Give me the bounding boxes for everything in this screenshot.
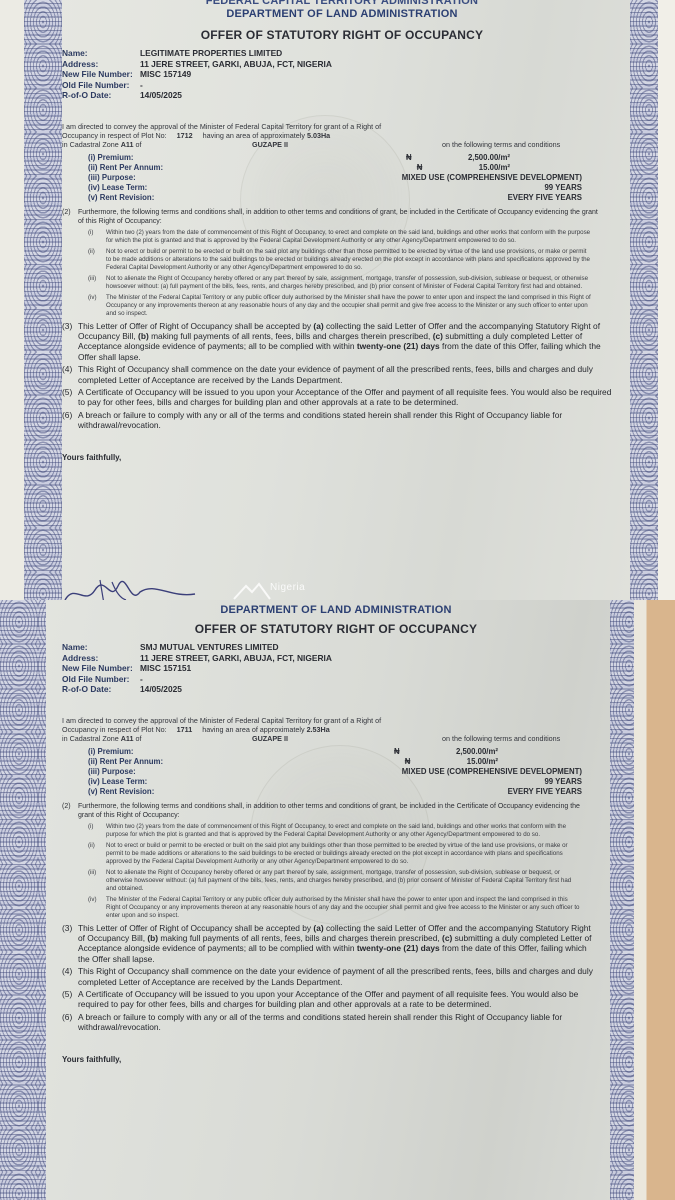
term-label: Premium: xyxy=(98,747,134,756)
new-file-value: MISC 157151 xyxy=(140,663,191,674)
rofo-date-value: 14/05/2025 xyxy=(140,684,182,695)
term-row: (iii) Purpose:MIXED USE (COMPREHENSIVE D… xyxy=(62,173,622,183)
applicant-details: Name:LEGITIMATE PROPERTIES LIMITED Addre… xyxy=(62,48,622,101)
sub-clause: (iv)The Minister of the Federal Capital … xyxy=(88,294,622,318)
paper-edge xyxy=(658,0,675,600)
security-border-left xyxy=(0,600,46,1200)
old-file-label: Old File Number: xyxy=(62,674,140,685)
name-label: Name: xyxy=(62,48,140,59)
sub-clause: (i)Within two (2) years from the date of… xyxy=(88,229,622,245)
applicant-details: Name:SMJ MUTUAL VENTURES LIMITED Address… xyxy=(62,642,610,695)
clause-5: (5)A Certificate of Occupancy will be is… xyxy=(62,989,610,1010)
old-file-value: - xyxy=(140,80,143,91)
sub-clause: (ii)Not to erect or build or permit to b… xyxy=(88,842,610,866)
location-value: GUZAPE II xyxy=(252,734,442,743)
term-label: Purpose: xyxy=(102,173,136,182)
term-value: 15.00/m² xyxy=(467,757,498,766)
term-row: (ii) Rent Per Annum:₦15.00/m² xyxy=(62,757,610,767)
terms-lead: on the following terms and conditions xyxy=(442,140,560,149)
term-value: 2,500.00/m² xyxy=(468,153,510,162)
name-value: SMJ MUTUAL VENTURES LIMITED xyxy=(140,642,279,653)
plot-number: 1711 xyxy=(177,725,193,734)
plot-label: Occupancy in respect of Plot No: xyxy=(62,131,167,140)
naira-symbol: ₦ xyxy=(394,747,456,757)
document-title: OFFER OF STATUTORY RIGHT OF OCCUPANCY xyxy=(62,622,610,636)
rofo-date-label: R-of-O Date: xyxy=(62,90,140,101)
area-value: 5.03Ha xyxy=(307,131,330,140)
term-value: EVERY FIVE YEARS xyxy=(508,193,582,202)
clause-3: (3)This Letter of Offer of Right of Occu… xyxy=(62,923,610,965)
term-row: (v) Rent Revision:EVERY FIVE YEARS xyxy=(62,787,610,797)
term-label: Purpose: xyxy=(102,767,136,776)
watermark-text: Nigeria xyxy=(270,582,305,593)
intro-line: I am directed to convey the approval of … xyxy=(62,122,622,131)
term-value: 99 YEARS xyxy=(544,183,582,192)
old-file-label: Old File Number: xyxy=(62,80,140,91)
area-value: 2.53Ha xyxy=(307,725,330,734)
location-value: GUZAPE II xyxy=(252,140,442,149)
name-value: LEGITIMATE PROPERTIES LIMITED xyxy=(140,48,282,59)
term-label: Rent Per Annum: xyxy=(100,757,163,766)
zone-label: in Cadastral Zone xyxy=(62,734,119,743)
term-value: MIXED USE (COMPREHENSIVE DEVELOPMENT) xyxy=(402,173,582,182)
clause-4: (4)This Right of Occupancy shall commenc… xyxy=(62,966,610,987)
sub-clause: (ii)Not to erect or build or permit to b… xyxy=(88,248,622,272)
clause-6: (6)A breach or failure to comply with an… xyxy=(62,410,622,431)
term-row: (i) Premium:₦2,500.00/m² xyxy=(62,153,622,163)
security-border-right xyxy=(610,600,634,1200)
term-label: Lease Term: xyxy=(102,777,147,786)
sub-clause: (iv)The Minister of the Federal Capital … xyxy=(88,896,610,920)
new-file-label: New File Number: xyxy=(62,663,140,674)
clause-3: (3)This Letter of Offer of Right of Occu… xyxy=(62,321,622,363)
term-value: 99 YEARS xyxy=(544,777,582,786)
intro-line: Occupancy in respect of Plot No: 1712 ha… xyxy=(62,131,622,140)
term-label: Lease Term: xyxy=(102,183,147,192)
name-label: Name: xyxy=(62,642,140,653)
clause-5: (5)A Certificate of Occupancy will be is… xyxy=(62,387,622,408)
terms-list: (i) Premium:₦2,500.00/m² (ii) Rent Per A… xyxy=(62,747,610,798)
intro-line: I am directed to convey the approval of … xyxy=(62,716,610,725)
zone-value: A11 xyxy=(121,140,134,149)
clause-2: (2)Furthermore, the following terms and … xyxy=(62,803,610,820)
terms-list: (i) Premium:₦2,500.00/m² (ii) Rent Per A… xyxy=(62,153,622,204)
term-label: Rent Per Annum: xyxy=(100,163,163,172)
sub-clause: (iii)Not to alienate the Right of Occupa… xyxy=(88,869,610,893)
closing-salutation: Yours faithfully, xyxy=(62,1055,610,1064)
term-row: (ii) Rent Per Annum:₦15.00/m² xyxy=(62,163,622,173)
area-label: having an area of approximately xyxy=(203,131,305,140)
plot-number: 1712 xyxy=(177,131,193,140)
new-file-value: MISC 157149 xyxy=(140,69,191,80)
document-page-1: FEDERAL CAPITAL TERRITORY ADMINISTRATION… xyxy=(0,0,675,600)
term-row: (i) Premium:₦2,500.00/m² xyxy=(62,747,610,757)
rofo-date-label: R-of-O Date: xyxy=(62,684,140,695)
intro-paragraph: I am directed to convey the approval of … xyxy=(62,716,610,743)
address-value: 11 JERE STREET, GARKI, ABUJA, FCT, NIGER… xyxy=(140,59,332,70)
clause-2: (2)Furthermore, the following terms and … xyxy=(62,209,622,226)
admin-heading: FEDERAL CAPITAL TERRITORY ADMINISTRATION xyxy=(62,0,622,7)
conditions: (2)Furthermore, the following terms and … xyxy=(62,209,622,430)
department-heading: DEPARTMENT OF LAND ADMINISTRATION xyxy=(62,604,610,616)
term-value: EVERY FIVE YEARS xyxy=(508,787,582,796)
paper-edge xyxy=(634,600,675,1200)
zone-of: of xyxy=(136,140,142,149)
old-file-value: - xyxy=(140,674,143,685)
new-file-label: New File Number: xyxy=(62,69,140,80)
intro-line: Occupancy in respect of Plot No: 1711 ha… xyxy=(62,725,610,734)
document-title: OFFER OF STATUTORY RIGHT OF OCCUPANCY xyxy=(62,28,622,42)
intro-paragraph: I am directed to convey the approval of … xyxy=(62,122,622,149)
term-row: (iv) Lease Term:99 YEARS xyxy=(62,777,610,787)
address-value: 11 JERE STREET, GARKI, ABUJA, FCT, NIGER… xyxy=(140,653,332,664)
document-page-2: DEPARTMENT OF LAND ADMINISTRATION OFFER … xyxy=(0,600,675,1200)
intro-line: in Cadastral Zone A11 of GUZAPE II on th… xyxy=(62,734,610,743)
terms-lead: on the following terms and conditions xyxy=(442,734,560,743)
term-value: 2,500.00/m² xyxy=(456,747,498,756)
security-border-right xyxy=(630,0,658,600)
term-label: Rent Revision: xyxy=(100,193,155,202)
clause-4: (4)This Right of Occupancy shall commenc… xyxy=(62,364,622,385)
term-label: Premium: xyxy=(98,153,134,162)
naira-symbol: ₦ xyxy=(417,163,479,173)
security-border-left xyxy=(24,0,62,600)
conditions: (2)Furthermore, the following terms and … xyxy=(62,803,610,1032)
address-label: Address: xyxy=(62,59,140,70)
closing-salutation: Yours faithfully, xyxy=(62,453,622,462)
zone-of: of xyxy=(136,734,142,743)
department-heading: DEPARTMENT OF LAND ADMINISTRATION xyxy=(62,8,622,20)
term-row: (iii) Purpose:MIXED USE (COMPREHENSIVE D… xyxy=(62,767,610,777)
intro-line: in Cadastral Zone A11 of GUZAPE II on th… xyxy=(62,140,622,149)
term-value: 15.00/m² xyxy=(479,163,510,172)
term-label: Rent Revision: xyxy=(100,787,155,796)
term-row: (v) Rent Revision:EVERY FIVE YEARS xyxy=(62,193,622,203)
paper-edge xyxy=(0,0,24,600)
naira-symbol: ₦ xyxy=(406,153,468,163)
house-roof-icon xyxy=(232,580,272,600)
area-label: having an area of approximately xyxy=(202,725,304,734)
clause-6: (6)A breach or failure to comply with an… xyxy=(62,1012,610,1033)
zone-value: A11 xyxy=(121,734,134,743)
term-row: (iv) Lease Term:99 YEARS xyxy=(62,183,622,193)
sub-clause: (iii)Not to alienate the Right of Occupa… xyxy=(88,275,622,291)
plot-label: Occupancy in respect of Plot No: xyxy=(62,725,167,734)
zone-label: in Cadastral Zone xyxy=(62,140,119,149)
naira-symbol: ₦ xyxy=(405,757,467,767)
term-value: MIXED USE (COMPREHENSIVE DEVELOPMENT) xyxy=(402,767,582,776)
rofo-date-value: 14/05/2025 xyxy=(140,90,182,101)
sub-clause: (i)Within two (2) years from the date of… xyxy=(88,823,610,839)
signature-icon xyxy=(60,578,200,600)
address-label: Address: xyxy=(62,653,140,664)
